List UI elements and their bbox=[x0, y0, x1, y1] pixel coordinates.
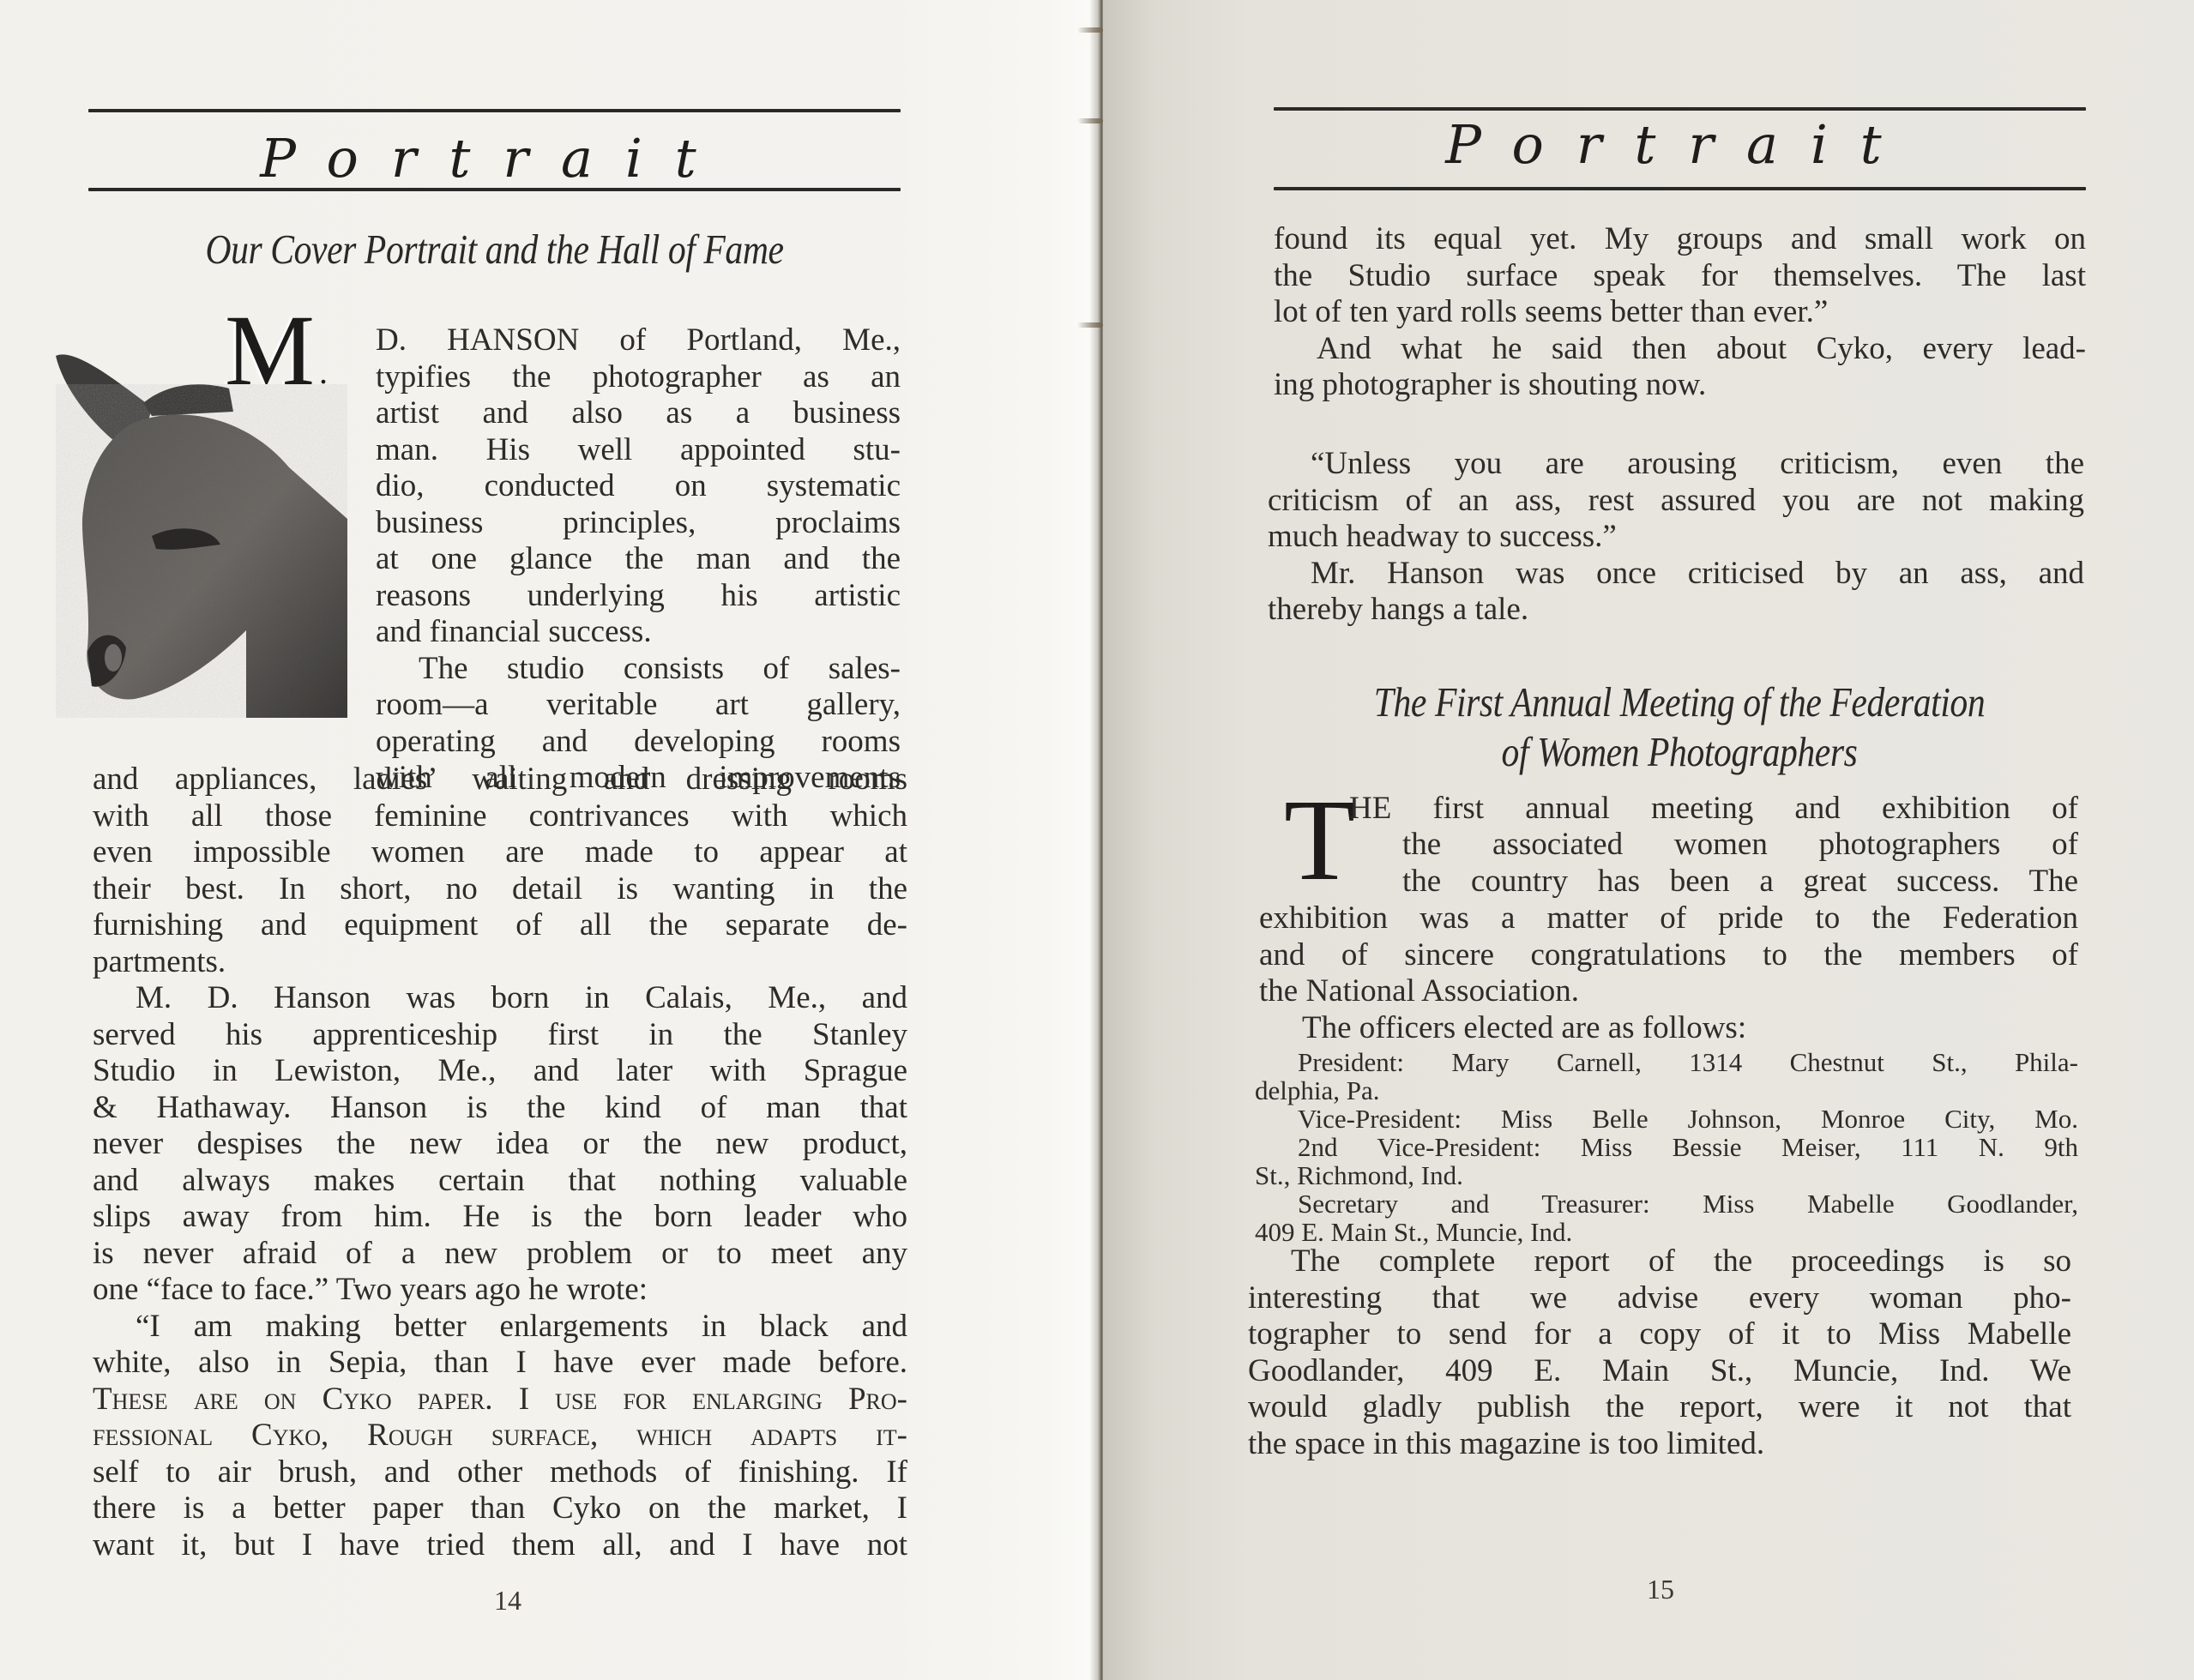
article2-body: exhibition was a matter of pride to the … bbox=[1259, 900, 2078, 1046]
drop-cap: T bbox=[1284, 782, 1355, 899]
drop-cap-dot: . bbox=[319, 352, 328, 392]
body-line: is never afraid of a new problem or to m… bbox=[93, 1236, 907, 1273]
body-line: The officers elected are as follows: bbox=[1259, 1010, 2078, 1047]
binding-staple bbox=[1077, 322, 1103, 328]
body-line: there is a better paper than Cyko on the… bbox=[93, 1490, 907, 1527]
body-line: self to air brush, and other methods of … bbox=[93, 1454, 907, 1491]
body-line: exhibition was a matter of pride to the … bbox=[1259, 900, 2078, 937]
article-body-full: and appliances, ladies’ waiting and dres… bbox=[93, 762, 907, 1563]
body-line: These are on Cyko paper. I use for enlar… bbox=[93, 1382, 907, 1418]
page-number: 15 bbox=[1647, 1574, 1674, 1605]
article2-intro-narrow: HE first annual meeting and exhibition o… bbox=[1349, 791, 2078, 828]
officer-2nd-vice-president: 2nd Vice-President: Miss Bessie Meiser, … bbox=[1255, 1133, 2078, 1161]
body-line: and financial success. bbox=[376, 614, 901, 651]
article-body-narrow: D. HANSON of Portland, Me., typifies the… bbox=[376, 322, 901, 797]
quote-text: “Unless you are arousing criticism, even… bbox=[1268, 446, 2084, 629]
body-line: room—a veritable art gallery, bbox=[376, 687, 901, 724]
body-line: want it, but I have tried them all, and … bbox=[93, 1527, 907, 1564]
body-line: even impossible women are made to appear… bbox=[93, 834, 907, 871]
body-line: much headway to success.” bbox=[1268, 519, 2084, 556]
binding-staple bbox=[1077, 118, 1103, 123]
body-line: furnishing and equipment of all the sepa… bbox=[93, 907, 907, 944]
body-line: Goodlander, 409 E. Main St., Muncie, Ind… bbox=[1248, 1353, 2071, 1390]
body-line: & Hathaway. Hanson is the kind of man th… bbox=[93, 1090, 907, 1127]
header-rule-top bbox=[88, 109, 901, 112]
body-line: “I am making better enlargements in blac… bbox=[93, 1309, 907, 1346]
body-line: the associated women photographers of bbox=[1402, 827, 2078, 864]
body-line: and appliances, ladies’ waiting and dres… bbox=[93, 762, 907, 798]
body-line: criticism of an ass, rest assured you ar… bbox=[1268, 483, 2084, 520]
body-line: found its equal yet. My groups and small… bbox=[1274, 221, 2086, 258]
body-line: man. His well appointed stu- bbox=[376, 432, 901, 469]
body-line: their best. In short, no detail is wanti… bbox=[93, 871, 907, 908]
article-title: Our Cover Portrait and the Hall of Fame bbox=[149, 225, 840, 274]
body-line: one “face to face.” Two years ago he wro… bbox=[93, 1272, 907, 1309]
body-line: artist and also as a business bbox=[376, 395, 901, 432]
body-line: thereby hangs a tale. bbox=[1268, 592, 2084, 629]
body-line: D. HANSON of Portland, Me., bbox=[376, 322, 901, 359]
header-rule-bottom bbox=[88, 188, 901, 191]
binding-staple bbox=[1077, 27, 1103, 33]
running-head: Portrait bbox=[1274, 113, 2086, 176]
body-line: partments. bbox=[93, 944, 907, 981]
body-line: lot of ten yard rolls seems better than … bbox=[1274, 294, 2086, 331]
body-line: slips away from him. He is the born lead… bbox=[93, 1199, 907, 1236]
body-line: operating and developing rooms bbox=[376, 724, 901, 761]
body-line: interesting that we advise every woman p… bbox=[1248, 1280, 2071, 1317]
body-line: at one glance the man and the bbox=[376, 541, 901, 578]
body-line: fessional Cyko, Rough surface, which ada… bbox=[93, 1418, 907, 1454]
right-page: Portrait found its equal yet. My groups … bbox=[1100, 0, 2194, 1680]
body-line: white, also in Sepia, than I have ever m… bbox=[93, 1345, 907, 1382]
body-line: reasons underlying his artistic bbox=[376, 578, 901, 615]
body-line: and always makes certain that nothing va… bbox=[93, 1163, 907, 1200]
body-line: served his apprenticeship first in the S… bbox=[93, 1017, 907, 1054]
body-line: And what he said then about Cyko, every … bbox=[1274, 331, 2086, 368]
header-rule-bottom bbox=[1274, 187, 2086, 190]
officer-vice-president: Vice-President: Miss Belle Johnson, Monr… bbox=[1255, 1105, 2078, 1133]
page-number: 14 bbox=[494, 1585, 521, 1617]
body-line: The complete report of the proceedings i… bbox=[1248, 1243, 2071, 1280]
header-rule-top bbox=[1274, 107, 2086, 111]
running-head: Portrait bbox=[88, 127, 901, 190]
officer-secretary-treasurer-cont: 409 E. Main St., Muncie, Ind. bbox=[1255, 1218, 2078, 1246]
body-line: would gladly publish the report, were it… bbox=[1248, 1389, 2071, 1426]
continued-text: found its equal yet. My groups and small… bbox=[1274, 221, 2086, 404]
body-line: business principles, proclaims bbox=[376, 505, 901, 542]
body-line: Mr. Hanson was once criticised by an ass… bbox=[1268, 556, 2084, 593]
body-line: the space in this magazine is too limite… bbox=[1248, 1426, 2071, 1463]
officer-2nd-vice-president-cont: St., Richmond, Ind. bbox=[1255, 1161, 2078, 1189]
body-line: and of sincere congratulations to the me… bbox=[1259, 937, 2078, 974]
article2-title-line1: The First Annual Meeting of the Federati… bbox=[1318, 677, 2040, 726]
body-line: with all those feminine contrivances wit… bbox=[93, 798, 907, 835]
body-line: the Studio surface speak for themselves.… bbox=[1274, 258, 2086, 295]
drop-cap: M bbox=[225, 300, 315, 401]
body-line: typifies the photographer as an bbox=[376, 359, 901, 396]
body-line: the National Association. bbox=[1259, 973, 2078, 1010]
article2-title-line2: of Women Photographers bbox=[1318, 727, 2040, 776]
body-line: dio, conducted on systematic bbox=[376, 468, 901, 505]
officer-secretary-treasurer: Secretary and Treasurer: Miss Mabelle Go… bbox=[1255, 1189, 2078, 1218]
body-line: Studio in Lewiston, Me., and later with … bbox=[93, 1053, 907, 1090]
officers-list: President: Mary Carnell, 1314 Chestnut S… bbox=[1255, 1048, 2078, 1246]
left-page: Portrait Our Cover Portrait and the Hall… bbox=[0, 0, 1100, 1680]
body-line: ing photographer is shouting now. bbox=[1274, 367, 2086, 404]
body-line: the country has been a great success. Th… bbox=[1402, 864, 2078, 900]
book-gutter bbox=[1089, 0, 1103, 1680]
officer-president-cont: delphia, Pa. bbox=[1255, 1076, 2078, 1105]
officer-president: President: Mary Carnell, 1314 Chestnut S… bbox=[1255, 1048, 2078, 1076]
body-line: M. D. Hanson was born in Calais, Me., an… bbox=[93, 980, 907, 1017]
article2-intro-narrow2: the associated women photographers of th… bbox=[1402, 827, 2078, 900]
body-line: The studio consists of sales- bbox=[376, 651, 901, 688]
body-line: “Unless you are arousing criticism, even… bbox=[1268, 446, 2084, 483]
body-line: tographer to send for a copy of it to Mi… bbox=[1248, 1316, 2071, 1353]
body-line: HE first annual meeting and exhibition o… bbox=[1349, 791, 2078, 828]
body-line: never despises the new idea or the new p… bbox=[93, 1126, 907, 1163]
article2-closing: The complete report of the proceedings i… bbox=[1248, 1243, 2071, 1462]
